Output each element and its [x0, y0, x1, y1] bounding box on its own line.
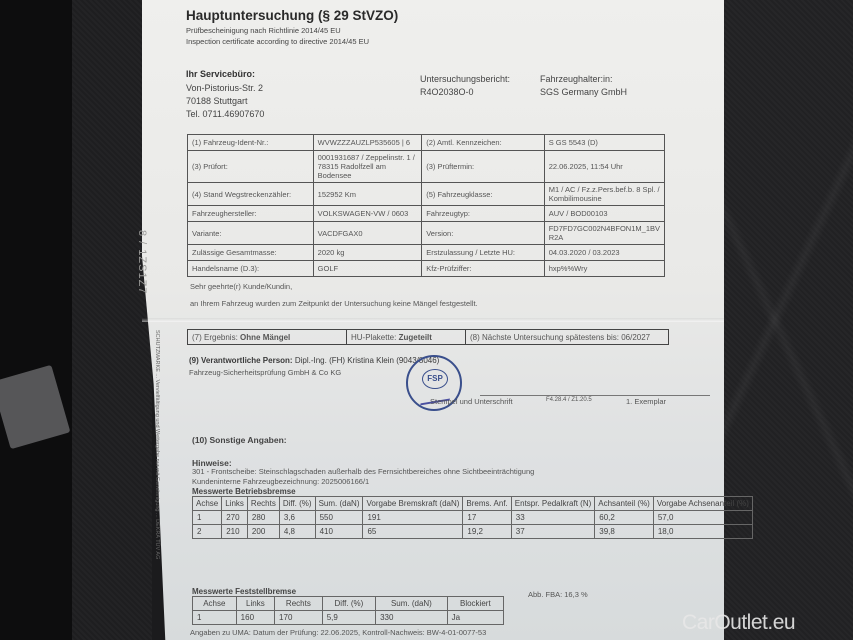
info-value: M1 / AC / Fz.z.Pers.bef.b. 8 Spl. / Komb… — [544, 183, 664, 206]
table-cell: 330 — [376, 611, 448, 625]
parking-brake-table: AchseLinksRechtsDiff. (%)Sum. (daN)Block… — [192, 596, 504, 625]
stamp-label: Stempel und Unterschrift — [430, 397, 513, 406]
info-value: 152952 Km — [313, 183, 422, 206]
table-cell: 5,9 — [322, 611, 375, 625]
table-row: Zulässige Gesamtmasse:2020 kgErstzulassu… — [188, 245, 665, 261]
info-label: Variante: — [188, 222, 314, 245]
table-cell: 1 — [193, 611, 237, 625]
side-fineprint: SCHUTZMARKE ... Vervielfältigung und Wei… — [154, 330, 160, 559]
table-cell: 550 — [315, 511, 363, 525]
table-cell: 17 — [463, 511, 511, 525]
plakette-cell: HU-Plakette: Zugeteilt — [347, 330, 466, 345]
info-value: 22.06.2025, 11:54 Uhr — [544, 151, 664, 183]
greeting: Sehr geehrte(r) Kunde/Kundin, — [190, 282, 292, 291]
table-cell: 19,2 — [463, 525, 511, 539]
service-brake-table: AchseLinksRechtsDiff. (%)Sum. (daN)Vorga… — [192, 496, 753, 539]
table-cell: 65 — [363, 525, 463, 539]
responsible-label: (9) Verantwortliche Person: — [189, 356, 293, 365]
info-label: Zulässige Gesamtmasse: — [188, 245, 314, 261]
info-label: Fahrzeugtyp: — [422, 206, 545, 222]
report-label: Untersuchungsbericht: — [420, 74, 510, 84]
column-header: Vorgabe Achsenanteil (%) — [653, 497, 752, 511]
info-label: (5) Fahrzeugklasse: — [422, 183, 545, 206]
next-inspection-label: (8) Nächste Untersuchung spätestens bis: — [470, 333, 619, 342]
copy-label: 1. Exemplar — [626, 397, 666, 406]
table-cell: 280 — [247, 511, 279, 525]
result-value: Ohne Mängel — [240, 333, 290, 342]
column-header: Links — [222, 497, 248, 511]
background-seat-fabric-right — [722, 0, 853, 640]
table-row: 22102004,84106519,23739,818,0 — [193, 525, 753, 539]
service-office-label: Ihr Servicebüro: — [186, 69, 255, 79]
info-value: 2020 kg — [313, 245, 422, 261]
holder-name: SGS Germany GmbH — [540, 87, 627, 97]
info-label: (1) Fahrzeug-Ident-Nr.: — [188, 135, 314, 151]
table-cell: 270 — [222, 511, 248, 525]
info-value: S GS 5543 (D) — [544, 135, 664, 151]
result-cell: (7) Ergebnis: Ohne Mängel — [188, 330, 347, 345]
abb-fba: Abb. FBA: 16,3 % — [528, 590, 588, 599]
column-header: Achse — [193, 497, 222, 511]
table-row: (1) Fahrzeug-Ident-Nr.:WVWZZZAUZLP535605… — [188, 135, 665, 151]
info-label: (3) Prüfort: — [188, 151, 314, 183]
column-header: Rechts — [247, 497, 279, 511]
column-header: Vorgabe Bremskraft (daN) — [363, 497, 463, 511]
subtitle-de: Prüfbescheinigung nach Richtlinie 2014/4… — [186, 26, 341, 35]
info-value: AUV / BOD00103 — [544, 206, 664, 222]
result-table: (7) Ergebnis: Ohne Mängel HU-Plakette: Z… — [187, 329, 669, 345]
table-cell: 200 — [247, 525, 279, 539]
info-value: VACDFGAX0 — [313, 222, 422, 245]
column-header: Achsanteil (%) — [595, 497, 654, 511]
service-office-phone: Tel. 0711.46907670 — [186, 109, 264, 119]
holder-label: Fahrzeughalter:in: — [540, 74, 613, 84]
table-cell: 160 — [236, 611, 274, 625]
responsible-company: Fahrzeug-Sicherheitsprüfung GmbH & Co KG — [189, 368, 341, 377]
paper-fold — [142, 318, 724, 322]
table-cell: 210 — [222, 525, 248, 539]
table-row: 11601705,9330Ja — [193, 611, 504, 625]
info-label: Erstzulassung / Letzte HU: — [422, 245, 545, 261]
table-cell: 191 — [363, 511, 463, 525]
side-serial-number: 8 / 1ZS1Z7 — [136, 230, 148, 294]
plakette-value: Zugeteilt — [399, 333, 432, 342]
signature-line — [480, 395, 710, 396]
uma-info: Angaben zu UMA: Datum der Prüfung: 22.06… — [190, 628, 486, 637]
table-row: 12702803,6550191173360,257,0 — [193, 511, 753, 525]
subtitle-en: Inspection certificate according to dire… — [186, 37, 369, 46]
parking-brake-title: Messwerte Feststellbremse — [192, 587, 296, 596]
column-header: Links — [236, 597, 274, 611]
column-header: Diff. (%) — [322, 597, 375, 611]
responsible-person: (9) Verantwortliche Person: Dipl.-Ing. (… — [189, 356, 439, 365]
table-cell: 170 — [275, 611, 323, 625]
caroutlet-watermark: CarOutlet.eu — [682, 611, 795, 635]
column-header: Blockiert — [447, 597, 503, 611]
column-header: Rechts — [275, 597, 323, 611]
table-cell: 57,0 — [653, 511, 752, 525]
info-label: (4) Stand Wegstreckenzähler: — [188, 183, 314, 206]
table-cell: 4,8 — [279, 525, 315, 539]
info-value: WVWZZZAUZLP535605 | 6 — [313, 135, 422, 151]
info-value: 0001931687 / Zeppelinstr. 1 / 78315 Rado… — [313, 151, 422, 183]
table-row: Handelsname (D.3):GOLFKfz-Prüfziffer:hxp… — [188, 261, 665, 277]
table-cell: 2 — [193, 525, 222, 539]
info-label: (2) Amtl. Kennzeichen: — [422, 135, 545, 151]
info-value: GOLF — [313, 261, 422, 277]
info-label: (3) Prüftermin: — [422, 151, 545, 183]
table-row: (3) Prüfort:0001931687 / Zeppelinstr. 1 … — [188, 151, 665, 183]
info-label: Kfz-Prüfziffer: — [422, 261, 545, 277]
table-cell: 1 — [193, 511, 222, 525]
table-cell: 410 — [315, 525, 363, 539]
info-value: VOLKSWAGEN-VW / 0603 — [313, 206, 422, 222]
column-header: Brems. Anf. — [463, 497, 511, 511]
table-cell: 18,0 — [653, 525, 752, 539]
form-code: F4.28.4 / Z1.20.5 — [546, 397, 592, 403]
background-seat-fabric — [72, 0, 152, 640]
vehicle-info-table: (1) Fahrzeug-Ident-Nr.:WVWZZZAUZLP535605… — [187, 134, 665, 277]
column-header: Diff. (%) — [279, 497, 315, 511]
inspection-message: an Ihrem Fahrzeug wurden zum Zeitpunkt d… — [190, 299, 478, 308]
info-value: FD7FD7GC002N4BFON1M_1BV R2A — [544, 222, 664, 245]
column-header: Sum. (daN) — [315, 497, 363, 511]
table-row: Fahrzeughersteller:VOLKSWAGEN-VW / 0603F… — [188, 206, 665, 222]
table-cell: 39,8 — [595, 525, 654, 539]
table-cell: 37 — [511, 525, 594, 539]
column-header: Entspr. Pedalkraft (N) — [511, 497, 594, 511]
plakette-label: HU-Plakette: — [351, 333, 396, 342]
other-info-heading: (10) Sonstige Angaben: — [192, 435, 287, 445]
service-office-city: 70188 Stuttgart — [186, 96, 248, 106]
service-brake-title: Messwerte Betriebsbremse — [192, 487, 296, 496]
note-1: 301 - Frontscheibe: Steinschlagschaden a… — [192, 467, 534, 476]
note-2: Kundeninterne Fahrzeugbezeichnung: 20250… — [192, 477, 369, 486]
background-dark — [0, 0, 80, 640]
next-inspection-cell: (8) Nächste Untersuchung spätestens bis:… — [466, 330, 669, 345]
report-number: R4O2038O-0 — [420, 87, 474, 97]
document-title: Hauptuntersuchung (§ 29 StVZO) — [186, 8, 398, 23]
stamp-logo: FSP — [422, 369, 448, 389]
table-cell: 3,6 — [279, 511, 315, 525]
info-value: hxp%%Wry — [544, 261, 664, 277]
table-cell: 33 — [511, 511, 594, 525]
table-row: Variante:VACDFGAX0Version:FD7FD7GC002N4B… — [188, 222, 665, 245]
info-value: 04.03.2020 / 03.2023 — [544, 245, 664, 261]
table-row: (4) Stand Wegstreckenzähler:152952 Km(5)… — [188, 183, 665, 206]
info-label: Fahrzeughersteller: — [188, 206, 314, 222]
result-label: (7) Ergebnis: — [192, 333, 238, 342]
next-inspection-value: 06/2027 — [621, 333, 650, 342]
service-office-street: Von-Pistorius-Str. 2 — [186, 83, 263, 93]
info-label: Version: — [422, 222, 545, 245]
table-cell: Ja — [447, 611, 503, 625]
column-header: Achse — [193, 597, 237, 611]
column-header: Sum. (daN) — [376, 597, 448, 611]
table-cell: 60,2 — [595, 511, 654, 525]
info-label: Handelsname (D.3): — [188, 261, 314, 277]
